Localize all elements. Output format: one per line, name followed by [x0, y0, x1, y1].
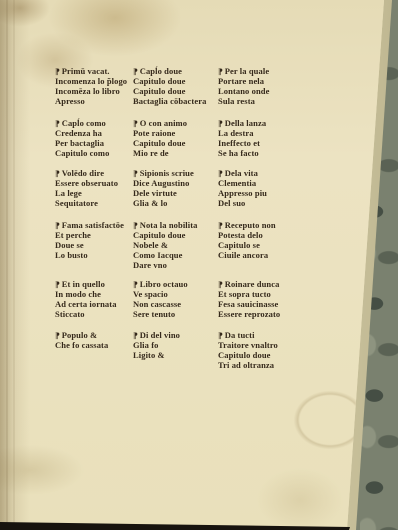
entry-line: ¶Receputo non — [218, 220, 310, 230]
entry-line: Glia fo — [133, 340, 218, 350]
entry-line: ¶Et in quello — [55, 279, 133, 289]
entry-line: In modo che — [55, 289, 133, 299]
entry-line: Tri ad oltranza — [218, 360, 310, 370]
entry-line: Sticcato — [55, 309, 133, 319]
entry-line: ¶Populo & — [55, 330, 133, 340]
entry-line: ¶Di del vino — [133, 330, 218, 340]
entry-line: Potesta delo — [218, 230, 310, 240]
entry-line: Capitulo como — [55, 148, 133, 158]
pilcrow-icon: ¶ — [133, 118, 138, 128]
pilcrow-icon: ¶ — [133, 330, 138, 340]
book-scan: { "colors": { "paper": "#e9e0bd", "ink":… — [0, 0, 398, 530]
entry-block: ¶Fama satisfactōeEt percheDoue seLo bust… — [55, 220, 133, 270]
entry-block: ¶Di del vinoGlia foLigito & — [133, 330, 218, 370]
entry-line: La destra — [218, 128, 310, 138]
entry-block: ¶Libro octauoVe spacioNon cascasseSere t… — [133, 279, 218, 319]
entry-line: Del suo — [218, 198, 310, 208]
entry-line: Ineffecto et — [218, 138, 310, 148]
entry-block: ¶Capĺo doueCapitulo doueCapitulo doueBac… — [133, 66, 218, 106]
pilcrow-icon: ¶ — [133, 220, 138, 230]
entry-line: Appresso piu — [218, 188, 310, 198]
entry-line: ¶Roinare dunca — [218, 279, 310, 289]
contents-row: ¶Et in quelloIn modo cheAd certa iornata… — [55, 279, 310, 319]
entry-block: ¶Sipionis scriueDice AugustinoDele virtu… — [133, 168, 218, 208]
entry-line: ¶O con animo — [133, 118, 218, 128]
pilcrow-icon: ¶ — [218, 168, 223, 178]
pilcrow-icon: ¶ — [55, 330, 60, 340]
entry-line: Traitore vnaltro — [218, 340, 310, 350]
entry-block: ¶Receputo nonPotesta deloCapitulo seCiui… — [218, 220, 310, 270]
entry-line: ¶Libro octauo — [133, 279, 218, 289]
entry-line: Portare nela — [218, 76, 310, 86]
entry-line: Incomēza lo libro — [55, 86, 133, 96]
entry-line: Non cascasse — [133, 299, 218, 309]
pilcrow-icon: ¶ — [55, 168, 60, 178]
entry-line: ¶Dela vita — [218, 168, 310, 178]
entry-line: Et perche — [55, 230, 133, 240]
entry-block: ¶Volēdo direEssere obseruatoLa legeSequi… — [55, 168, 133, 208]
contents-row: ¶Primū vacat.Incomenza lo p̃logoIncomēza… — [55, 66, 310, 106]
entry-block: ¶Nota la nobilitaCapitulo doueNobele &Co… — [133, 220, 218, 270]
entry-line: ¶Volēdo dire — [55, 168, 133, 178]
entry-line: Sequitatore — [55, 198, 133, 208]
entry-line: Et sopra tucto — [218, 289, 310, 299]
entry-line: ¶Da tucti — [218, 330, 310, 340]
entry-block: ¶Roinare duncaEt sopra tuctoFesa sauicin… — [218, 279, 310, 319]
entry-block: ¶Da tuctiTraitore vnaltroCapitulo doueTr… — [218, 330, 310, 370]
entry-line: Essere reprozato — [218, 309, 310, 319]
entry-block: ¶Et in quelloIn modo cheAd certa iornata… — [55, 279, 133, 319]
entry-line: Che fo cassata — [55, 340, 133, 350]
entry-line: Essere obseruato — [55, 178, 133, 188]
entry-line: Dare vno — [133, 260, 218, 270]
contents-row: ¶Fama satisfactōeEt percheDoue seLo bust… — [55, 220, 310, 270]
entry-line: Clementia — [218, 178, 310, 188]
entry-block: ¶Della lanzaLa destraIneffecto etSe ha f… — [218, 118, 310, 158]
entry-line: ¶Per la quale — [218, 66, 310, 76]
entry-line: Ligito & — [133, 350, 218, 360]
pilcrow-icon: ¶ — [55, 66, 60, 76]
entry-line: Ciuile ancora — [218, 250, 310, 260]
entry-line: Lontano onde — [218, 86, 310, 96]
entry-line: ¶Nota la nobilita — [133, 220, 218, 230]
entry-line: Se ha facto — [218, 148, 310, 158]
entry-block: ¶Dela vitaClementiaAppresso piuDel suo — [218, 168, 310, 208]
contents-row: ¶Capĺo comoCredenza haPer bactagliaCapit… — [55, 118, 310, 158]
entry-line: ¶Fama satisfactōe — [55, 220, 133, 230]
entry-line: Lo busto — [55, 250, 133, 260]
entry-line: Ve spacio — [133, 289, 218, 299]
entry-line: Pote raione — [133, 128, 218, 138]
pilcrow-icon: ¶ — [218, 330, 223, 340]
contents-row: ¶Populo &Che fo cassata¶Di del vinoGlia … — [55, 330, 310, 370]
entry-line: Capitulo doue — [218, 350, 310, 360]
entry-line: ¶Sipionis scriue — [133, 168, 218, 178]
entry-line: Capitulo doue — [133, 86, 218, 96]
pilcrow-icon: ¶ — [55, 220, 60, 230]
entry-line: Dice Augustino — [133, 178, 218, 188]
entry-line: Glia & lo — [133, 198, 218, 208]
entry-line: Bactaglia cōbactera — [133, 96, 218, 106]
entry-line: Credenza ha — [55, 128, 133, 138]
entry-line: Capitulo doue — [133, 76, 218, 86]
entry-line: Capitulo doue — [133, 138, 218, 148]
entry-line: Apresso — [55, 96, 133, 106]
entry-line: Per bactaglia — [55, 138, 133, 148]
entry-block: ¶O con animoPote raioneCapitulo doueMio … — [133, 118, 218, 158]
entry-line: Fesa sauicinasse — [218, 299, 310, 309]
entry-line: ¶Capĺo como — [55, 118, 133, 128]
entry-line: ¶Della lanza — [218, 118, 310, 128]
entry-line: Dele virtute — [133, 188, 218, 198]
entry-line: Sere tenuto — [133, 309, 218, 319]
entry-line: Mio re de — [133, 148, 218, 158]
pilcrow-icon: ¶ — [133, 168, 138, 178]
entry-line: Sula resta — [218, 96, 310, 106]
entry-line: Incomenza lo p̃logo — [55, 76, 133, 86]
entry-line: Capitulo doue — [133, 230, 218, 240]
pilcrow-icon: ¶ — [218, 66, 223, 76]
pilcrow-icon: ¶ — [55, 279, 60, 289]
pilcrow-icon: ¶ — [218, 279, 223, 289]
entry-line: La lege — [55, 188, 133, 198]
entry-line: Capitulo se — [218, 240, 310, 250]
entry-block: ¶Capĺo comoCredenza haPer bactagliaCapit… — [55, 118, 133, 158]
pilcrow-icon: ¶ — [218, 118, 223, 128]
pilcrow-icon: ¶ — [218, 220, 223, 230]
entry-line: Doue se — [55, 240, 133, 250]
entry-block: ¶Per la qualePortare nelaLontano ondeSul… — [218, 66, 310, 106]
pilcrow-icon: ¶ — [55, 118, 60, 128]
table-of-contents: ¶Primū vacat.Incomenza lo p̃logoIncomēza… — [55, 66, 310, 370]
entry-line: Nobele & — [133, 240, 218, 250]
entry-line: ¶Capĺo doue — [133, 66, 218, 76]
pilcrow-icon: ¶ — [133, 279, 138, 289]
entry-block: ¶Populo &Che fo cassata — [55, 330, 133, 370]
entry-line: Como Iacque — [133, 250, 218, 260]
entry-line: ¶Primū vacat. — [55, 66, 133, 76]
pilcrow-icon: ¶ — [133, 66, 138, 76]
entry-line: Ad certa iornata — [55, 299, 133, 309]
entry-block: ¶Primū vacat.Incomenza lo p̃logoIncomēza… — [55, 66, 133, 106]
contents-row: ¶Volēdo direEssere obseruatoLa legeSequi… — [55, 168, 310, 208]
